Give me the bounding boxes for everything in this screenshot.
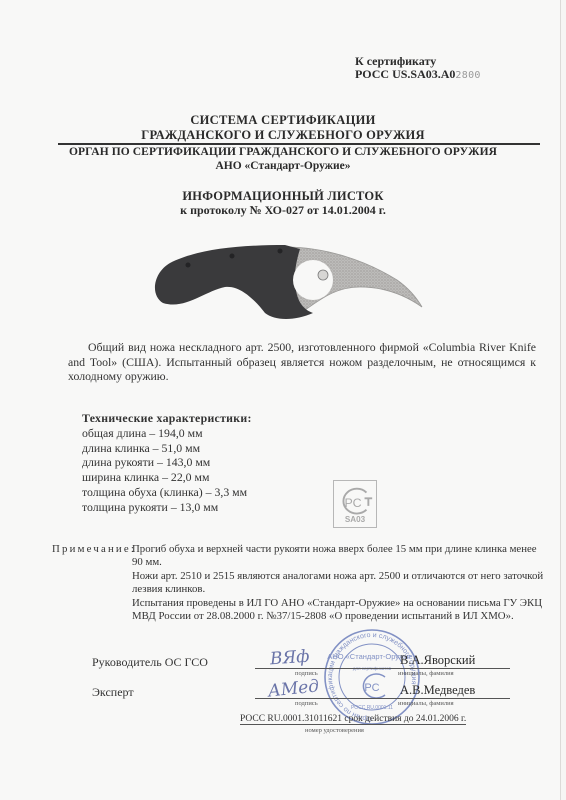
protocol-reference: к протоколу № ХО-027 от 14.01.2004 г. xyxy=(0,203,566,218)
signature-handwritten: ВЯф xyxy=(269,647,310,670)
signatory-name: В.А.Яворский xyxy=(400,653,475,668)
signature-caption: подпись xyxy=(295,700,318,707)
notes-body: Прогиб обуха и верхней части рукояти нож… xyxy=(132,543,544,623)
signatory-role: Руководитель ОС ГСО xyxy=(92,655,208,670)
registration-caption: номер удостоверения xyxy=(305,727,364,734)
document-page: К сертификату РОСС US.SA03.A02800 СИСТЕМ… xyxy=(0,0,561,800)
spec-item: ширина клинка – 22,0 мм xyxy=(82,470,252,485)
spec-item: толщина обуха (клинка) – 3,3 мм xyxy=(82,485,252,500)
signature-line xyxy=(255,668,510,669)
knife-description: Общий вид ножа нескладного арт. 2500, из… xyxy=(68,340,536,384)
signatory-name: А.В.Медведев xyxy=(400,683,475,698)
knife-photo xyxy=(135,225,435,325)
certificate-number-suffix: 2800 xyxy=(455,70,480,81)
note-paragraph: Испытания проведены в ИЛ ГО АНО «Стандар… xyxy=(132,597,544,624)
signatory-role: Эксперт xyxy=(92,685,134,700)
notes-label: Примечание: xyxy=(52,543,136,555)
spec-item: длина рукояти – 143,0 мм xyxy=(82,455,252,470)
spec-item: общая длина – 194,0 мм xyxy=(82,426,252,441)
name-caption: инициалы, фамилия xyxy=(398,700,454,707)
certification-mark-code: SA03 xyxy=(345,515,366,524)
spec-item: толщина рукояти – 13,0 мм xyxy=(82,500,252,515)
certificate-reference: К сертификату РОСС US.SA03.A02800 xyxy=(355,55,481,82)
system-title-line1: СИСТЕМА СЕРТИФИКАЦИИ xyxy=(0,113,566,128)
note-paragraph: Ножи арт. 2510 и 2515 являются аналогами… xyxy=(132,570,544,597)
document-title: ИНФОРМАЦИОННЫЙ ЛИСТОК xyxy=(0,189,566,204)
stamp-mark: РС xyxy=(364,682,379,694)
organ-title-line1: ОРГАН ПО СЕРТИФИКАЦИИ ГРАЖДАНСКОГО И СЛУ… xyxy=(0,146,566,158)
system-title-line2: ГРАЖДАНСКОГО И СЛУЖЕБНОГО ОРУЖИЯ xyxy=(0,128,566,143)
signature-line xyxy=(255,698,510,699)
note-paragraph: Прогиб обуха и верхней части рукояти нож… xyxy=(132,543,544,570)
certification-mark: РС SA03 xyxy=(333,480,377,528)
certificate-number-prefix: РОСС US.SA03.A0 xyxy=(355,67,455,81)
registration-number: РОСС RU.0001.31011621 срок действия до 2… xyxy=(240,714,466,725)
technical-specs: Технические характеристики: общая длина … xyxy=(82,411,252,515)
organ-title-line2: АНО «Стандарт-Оружие» xyxy=(0,160,566,172)
spec-item: длина клинка – 51,0 мм xyxy=(82,441,252,456)
stamp-bottom-text: РОСС RU.0001.11 xyxy=(351,705,393,711)
certificate-number: РОСС US.SA03.A02800 xyxy=(355,68,481,82)
header-divider xyxy=(58,143,540,145)
certification-mark-symbol: РС xyxy=(345,496,362,510)
specs-title: Технические характеристики: xyxy=(82,411,252,426)
name-caption: инициалы, фамилия xyxy=(398,670,454,677)
